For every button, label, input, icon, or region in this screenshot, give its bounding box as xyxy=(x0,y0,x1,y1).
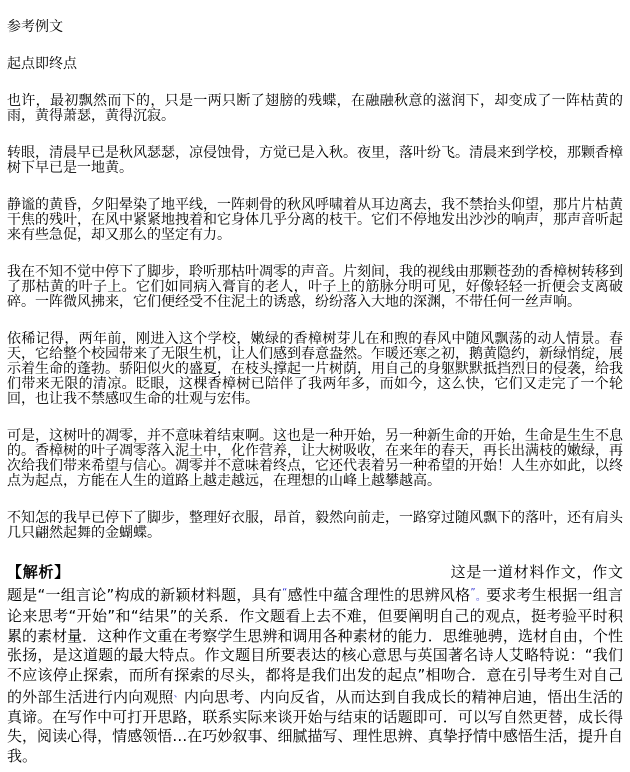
essay-paragraph-4: 我在不知不觉中停下了脚步，聆听那枯叶凋零的声音。片刻间，我的视线由那颗苍劲的香樟… xyxy=(7,265,623,310)
essay-paragraph-1: 也许，最初飘然而下的，只是一两只断了翅膀的残蝶，在融融秋意的滋润下，却变成了一阵… xyxy=(7,94,623,124)
analysis-blank-space xyxy=(70,576,450,577)
analysis-paragraph: 【解析】这是一道材料作文，作文题是“一组言论”构成的新颖材料题，具有“感性中蕴含… xyxy=(7,563,623,766)
analysis-highlight-text: 感性中蕴含理性的思辨风格 xyxy=(287,586,470,604)
blue-dunhao-mark: 、 xyxy=(174,689,184,700)
essay-paragraph-3: 静谧的黄昏，夕阳晕染了地平线，一阵刺骨的秋风呼啸着从耳边离去，我不禁抬头仰望，那… xyxy=(7,198,623,243)
blue-period-mark: 。 xyxy=(476,592,486,603)
essay-document: 参考例文 起点即终点 也许，最初飘然而下的，只是一两只断了翅膀的残蝶，在融融秋意… xyxy=(0,0,630,772)
essay-paragraph-2: 转眼，清晨早已是秋风瑟瑟，凉侵蚀骨，方觉已是入秋。夜里，落叶纷飞。清晨来到学校，… xyxy=(7,146,623,176)
essay-paragraph-6: 可是，这树叶的凋零，并不意味着结束啊。这也是一种开始，另一种新生命的开始，生命是… xyxy=(7,429,623,489)
essay-paragraph-5: 依稀记得，两年前，刚进入这个学校，嫩绿的香樟树芽儿在和煦的春风中随风飘荡的动人情… xyxy=(7,332,623,407)
document-label: 参考例文 xyxy=(7,20,623,35)
essay-paragraph-7: 不知怎的我早已停下了脚步，整理好衣服，昂首，毅然向前走，一路穿过随风飘下的落叶，… xyxy=(7,511,623,541)
analysis-label: 【解析】 xyxy=(7,563,70,581)
essay-title: 起点即终点 xyxy=(7,57,623,72)
